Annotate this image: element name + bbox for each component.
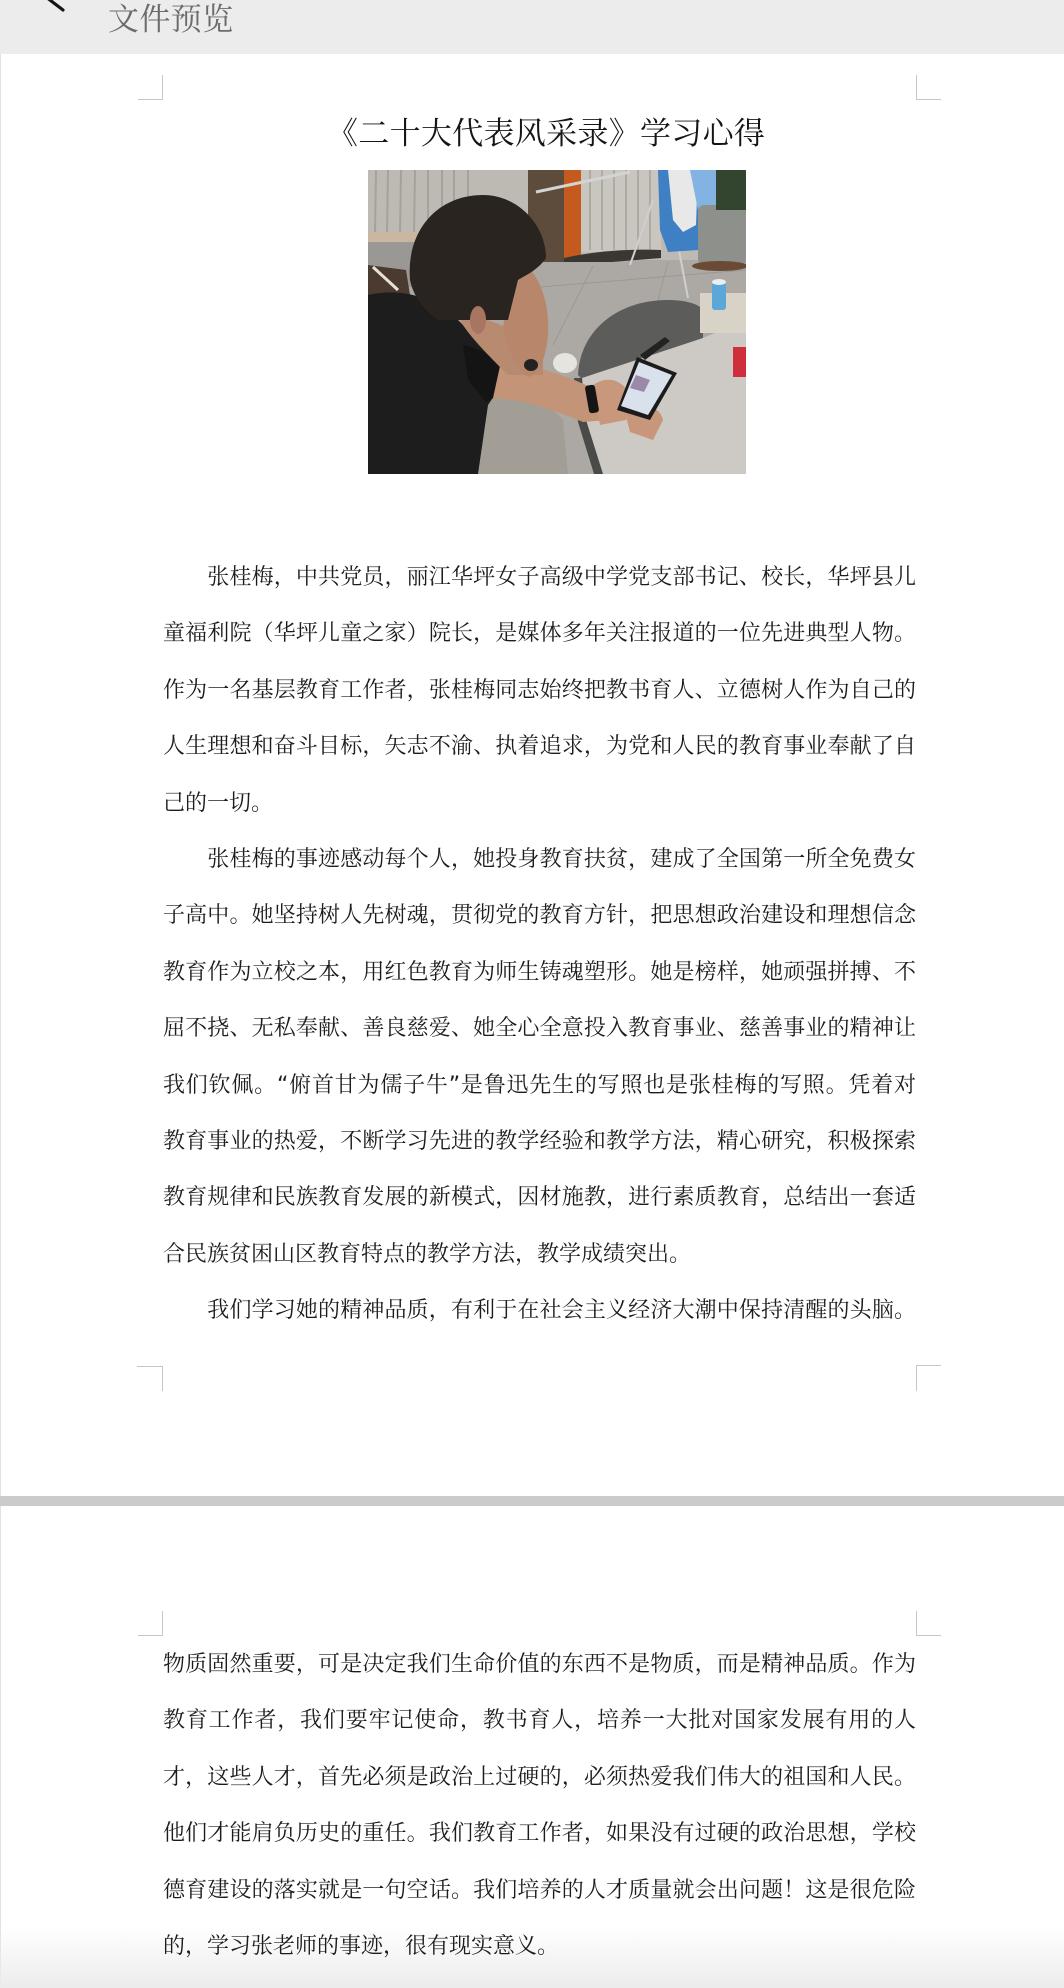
paragraph-line: 合民族贫困山区教育特点的教学方法，教学成绩突出。 — [163, 1227, 916, 1283]
paragraph-line: 教育规律和民族教育发展的新模式，因材施教，进行素质教育，总结出一套适 — [163, 1170, 916, 1226]
page2-margin-mark-top-left — [138, 1611, 163, 1636]
paragraph-line: 教育事业的热爱，不断学习先进的教学经验和教学方法，精心研究，积极探索 — [163, 1114, 916, 1170]
paragraph-line: 张桂梅的事迹感动每个人，她投身教育扶贫，建成了全国第一所全免费女 — [163, 832, 916, 888]
page-separator — [0, 1496, 1064, 1506]
paragraph-line: 屈不挠、无私奉献、善良慈爱、她全心全意投入教育事业、慈善事业的精神让 — [163, 1001, 916, 1057]
paragraph-line: 才，这些人才，首先必须是政治上过硬的，必须热爱我们伟大的祖国和人民。 — [163, 1750, 916, 1806]
page2-body-text: 物质固然重要，可是决定我们生命价值的东西不是物质，而是精神品质。作为 教育工作者… — [163, 1637, 916, 1975]
paragraph-line: 张桂梅，中共党员，丽江华坪女子高级中学党支部书记、校长，华坪县儿 — [163, 550, 916, 606]
paragraph-line: 我们学习她的精神品质，有利于在社会主义经济大潮中保持清醒的头脑。 — [163, 1283, 916, 1339]
photo-image — [368, 170, 746, 474]
paragraph-line: 德育建设的落实就是一句空话。我们培养的人才质量就会出问题！这是很危险 — [163, 1863, 916, 1919]
page1-margin-mark-top-right — [916, 75, 941, 100]
paragraph-line: 己的一切。 — [163, 776, 916, 832]
document-photo — [368, 170, 746, 474]
document-title: 《二十大代表风采录》学习心得 — [327, 114, 765, 154]
page1-margin-mark-top-left — [138, 75, 163, 100]
page1-margin-mark-bottom-right — [916, 1365, 941, 1391]
paragraph-line: 人生理想和奋斗目标，矢志不渝、执着追求，为党和人民的教育事业奉献了自 — [163, 719, 916, 775]
page2-margin-mark-top-right — [916, 1611, 941, 1636]
top-bar: 文件预览 — [0, 0, 1064, 54]
paragraph-line: 教育作为立校之本，用红色教育为师生铸魂塑形。她是榜样，她顽强拼搏、不 — [163, 945, 916, 1001]
paragraph-line: 教育工作者，我们要牢记使命，教书育人，培养一大批对国家发展有用的人 — [163, 1693, 916, 1749]
paragraph-line: 子高中。她坚持树人先树魂，贯彻党的教育方针，把思想政治建设和理想信念 — [163, 888, 916, 944]
paragraph-line: 作为一名基层教育工作者，张桂梅同志始终把教书育人、立德树人作为自己的 — [163, 663, 916, 719]
page1-margin-mark-bottom-left — [137, 1366, 163, 1391]
paragraph-line: 的，学习张老师的事迹，很有现实意义。 — [163, 1919, 916, 1975]
paragraph-line: 我们钦佩。“俯首甘为儒子牛”是鲁迅先生的写照也是张桂梅的写照。凭着对 — [163, 1058, 916, 1114]
paragraph-line: 他们才能肩负历史的重任。我们教育工作者，如果没有过硬的政治思想，学校 — [163, 1806, 916, 1862]
paragraph-line: 物质固然重要，可是决定我们生命价值的东西不是物质，而是精神品质。作为 — [163, 1637, 916, 1693]
back-arrow-icon — [40, 0, 70, 14]
page1-body-text: 张桂梅，中共党员，丽江华坪女子高级中学党支部书记、校长，华坪县儿 童福利院（华坪… — [163, 550, 916, 1339]
paragraph-line: 童福利院（华坪儿童之家）院长，是媒体多年关注报道的一位先进典型人物。 — [163, 606, 916, 662]
back-button[interactable] — [40, 0, 70, 14]
page-title: 文件预览 — [108, 2, 234, 38]
